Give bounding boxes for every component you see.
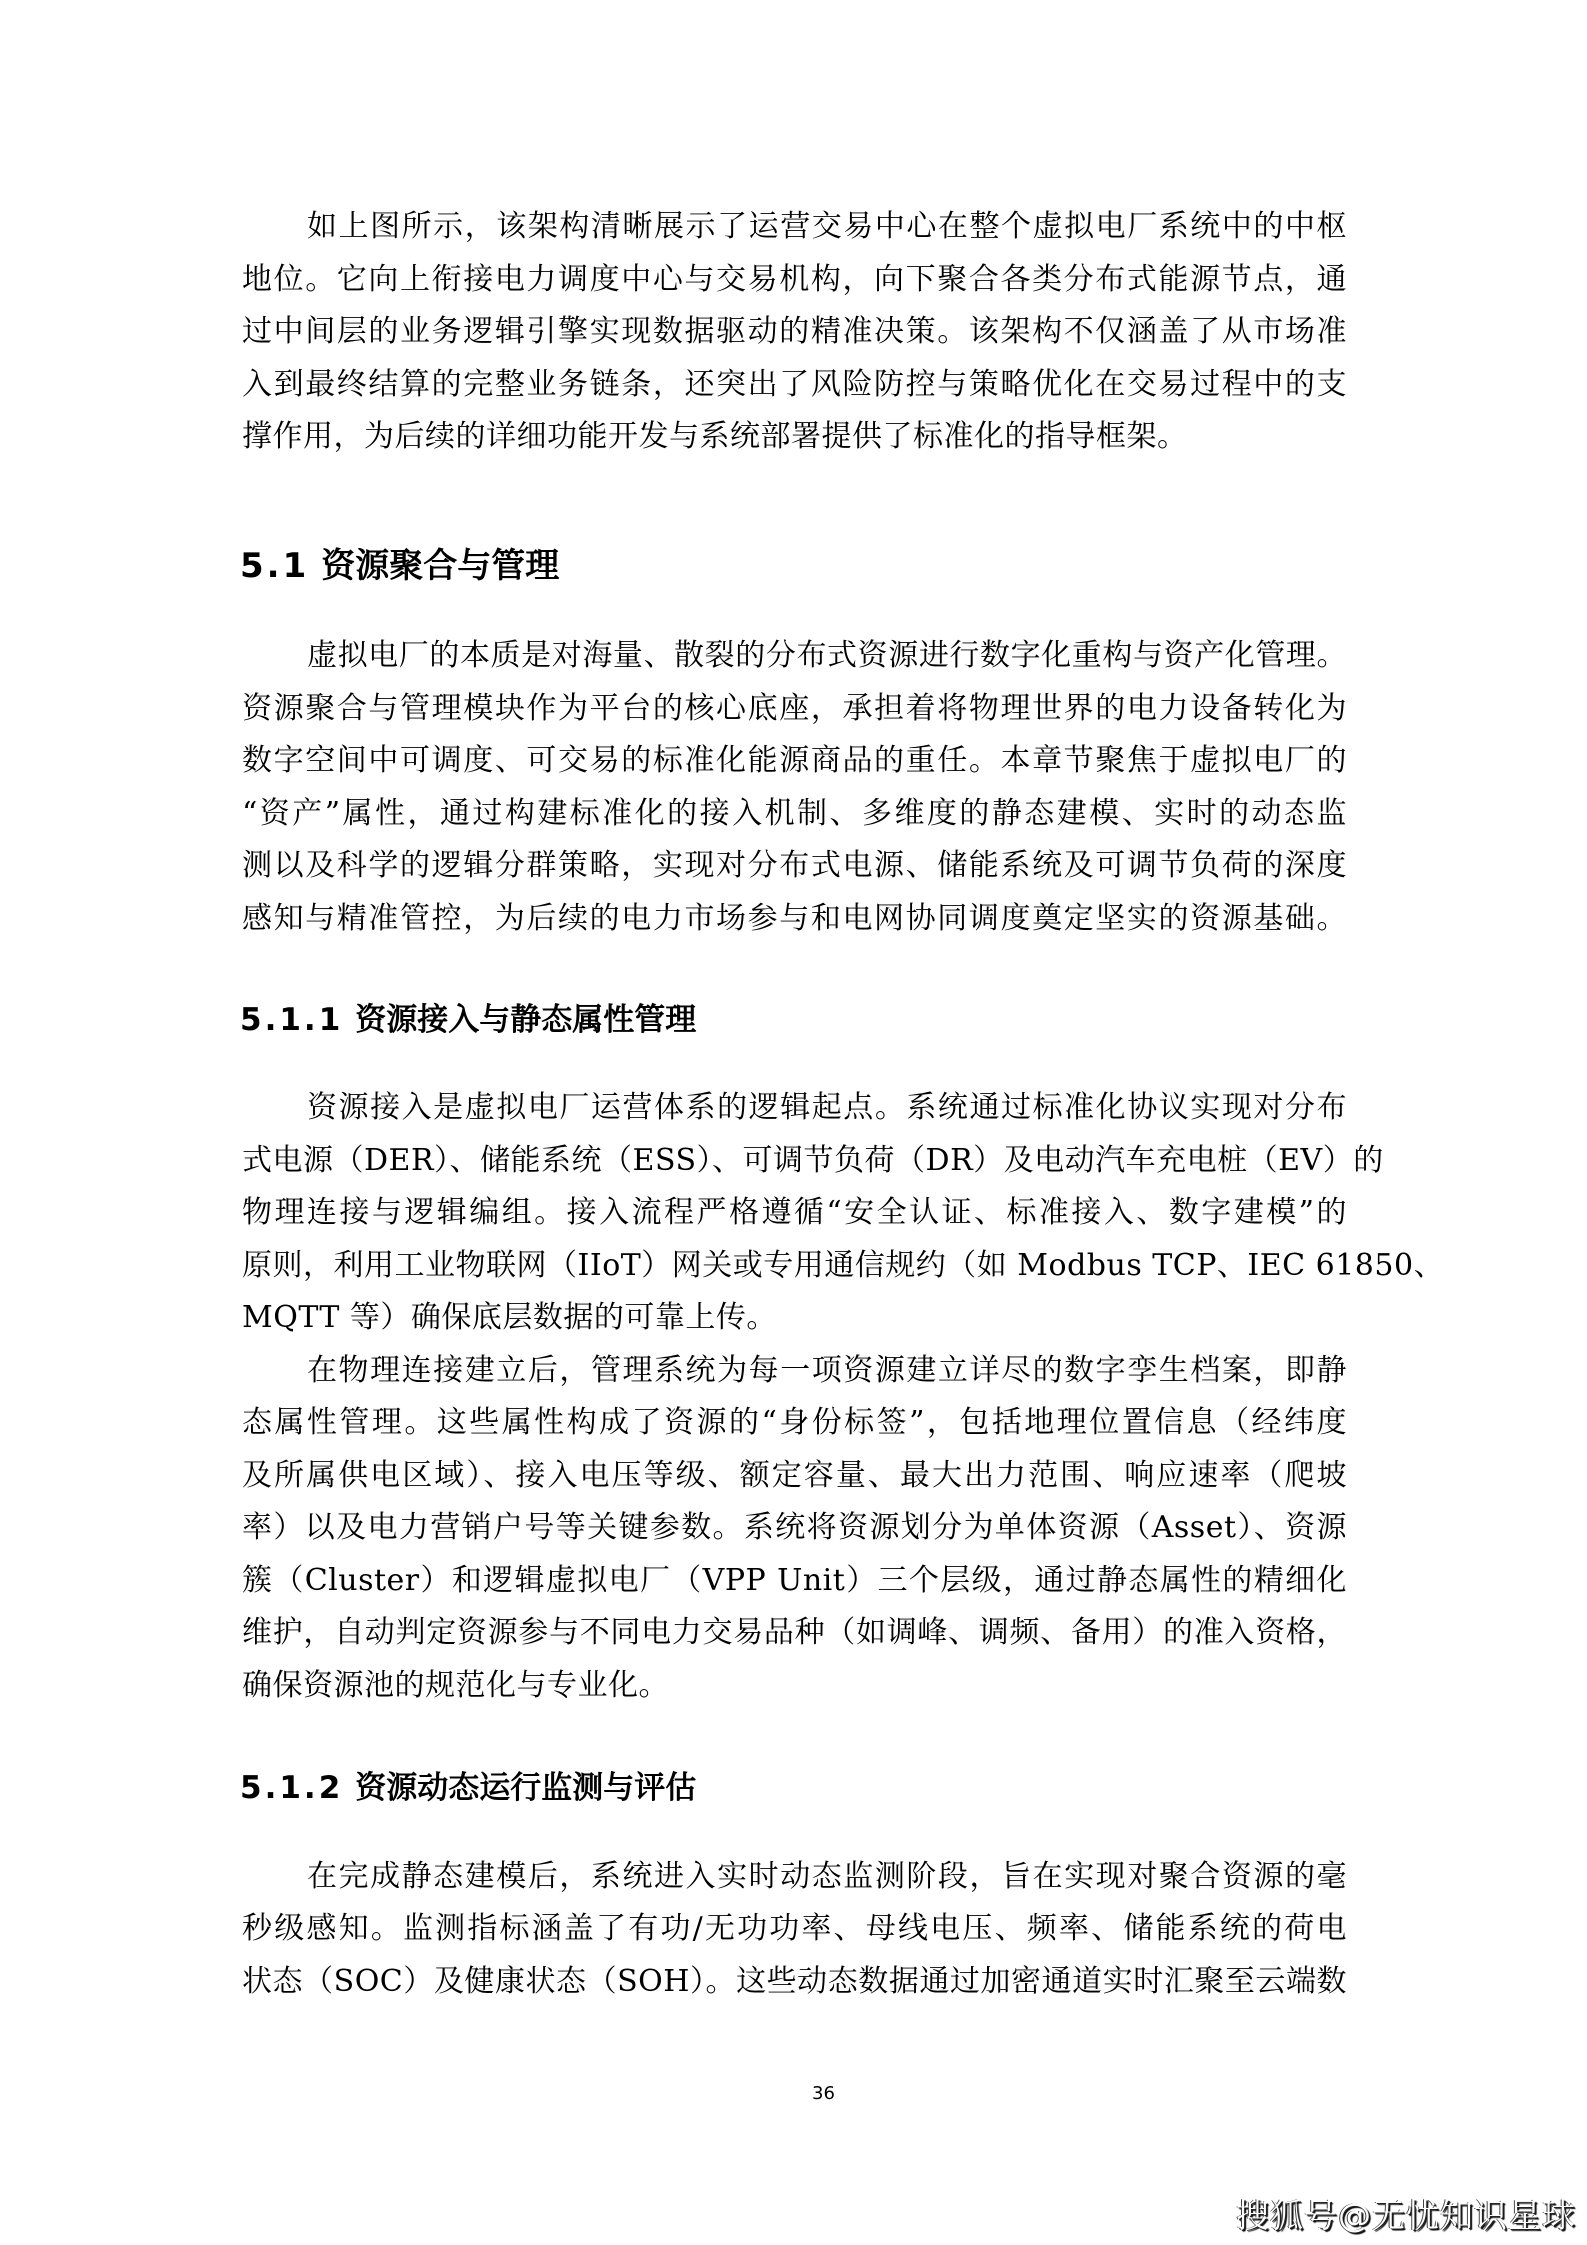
- paragraph-line: 式电源（DER）、储能系统（ESS）、可调节负荷（DR）及电动汽车充电桩（EV）…: [242, 1135, 1347, 1187]
- paragraph-line: 态属性管理。这些属性构成了资源的“身份标签”，包括地理位置信息（经纬度: [242, 1397, 1347, 1449]
- section-heading-5-1-2: 5.1.2资源动态运行监测与评估: [240, 1765, 696, 1811]
- paragraph-line: 测以及科学的逻辑分群策略，实现对分布式电源、储能系统及可调节负荷的深度: [242, 840, 1347, 892]
- paragraph-line: 过中间层的业务逻辑引擎实现数据驱动的精准决策。该架构不仅涵盖了从市场准: [242, 306, 1347, 358]
- section-number: 5.1.2: [240, 1770, 343, 1806]
- paragraph-line: 状态（SOC）及健康状态（SOH）。这些动态数据通过加密通道实时汇聚至云端数: [242, 1956, 1347, 2008]
- paragraph-line: “资产”属性，通过构建标准化的接入机制、多维度的静态建模、实时的动态监: [242, 788, 1347, 840]
- paragraph-line: 撑作用，为后续的详细功能开发与系统部署提供了标准化的指导框架。: [242, 411, 1347, 463]
- section-heading-5-1-1: 5.1.1资源接入与静态属性管理: [240, 997, 696, 1043]
- page-number: 36: [812, 2083, 835, 2104]
- paragraph-line: 如上图所示，该架构清晰展示了运营交易中心在整个虚拟电厂系统中的中枢: [242, 201, 1347, 253]
- section-number: 5.1: [240, 546, 309, 586]
- section-title: 资源聚合与管理: [321, 546, 559, 586]
- section-title: 资源接入与静态属性管理: [355, 1002, 696, 1038]
- paragraph-line: 入到最终结算的完整业务链条，还突出了风险防控与策略优化在交易过程中的支: [242, 359, 1347, 411]
- paragraph-line: 在物理连接建立后，管理系统为每一项资源建立详尽的数字孪生档案，即静: [242, 1345, 1347, 1397]
- paragraph-line: 感知与精准管控，为后续的电力市场参与和电网协同调度奠定坚实的资源基础。: [242, 893, 1347, 945]
- section-number: 5.1.1: [240, 1002, 343, 1038]
- paragraph-line: 秒级感知。监测指标涵盖了有功/无功功率、母线电压、频率、储能系统的荷电: [242, 1903, 1347, 1955]
- section-title: 资源动态运行监测与评估: [355, 1770, 696, 1806]
- paragraph-line: 确保资源池的规范化与专业化。: [242, 1660, 1347, 1712]
- document-page: 如上图所示，该架构清晰展示了运营交易中心在整个虚拟电厂系统中的中枢 地位。它向上…: [0, 0, 1587, 2245]
- paragraph-line: MQTT 等）确保底层数据的可靠上传。: [242, 1292, 1347, 1344]
- paragraph-line: 虚拟电厂的本质是对海量、散裂的分布式资源进行数字化重构与资产化管理。: [242, 630, 1347, 682]
- paragraph-line: 数字空间中可调度、可交易的标准化能源商品的重任。本章节聚焦于虚拟电厂的: [242, 735, 1347, 787]
- paragraph-line: 及所属供电区域）、接入电压等级、额定容量、最大出力范围、响应速率（爬坡: [242, 1450, 1347, 1502]
- paragraph-line: 维护，自动判定资源参与不同电力交易品种（如调峰、调频、备用）的准入资格，: [242, 1607, 1347, 1659]
- paragraph-line: 资源接入是虚拟电厂运营体系的逻辑起点。系统通过标准化协议实现对分布: [242, 1082, 1347, 1134]
- paragraph-line: 原则，利用工业物联网（IIoT）网关或专用通信规约（如 Modbus TCP、I…: [242, 1240, 1347, 1292]
- paragraph-line: 地位。它向上衔接电力调度中心与交易机构，向下聚合各类分布式能源节点，通: [242, 254, 1347, 306]
- paragraph-line: 簇（Cluster）和逻辑虚拟电厂（VPP Unit）三个层级，通过静态属性的精…: [242, 1555, 1347, 1607]
- paragraph-line: 资源聚合与管理模块作为平台的核心底座，承担着将物理世界的电力设备转化为: [242, 683, 1347, 735]
- paragraph-line: 率）以及电力营销户号等关键参数。系统将资源划分为单体资源（Asset）、资源: [242, 1502, 1347, 1554]
- watermark: 搜狐号@无忧知识星球: [1236, 2190, 1576, 2237]
- paragraph-line: 物理连接与逻辑编组。接入流程严格遵循“安全认证、标准接入、数字建模”的: [242, 1187, 1347, 1239]
- paragraph-line: 在完成静态建模后，系统进入实时动态监测阶段，旨在实现对聚合资源的毫: [242, 1851, 1347, 1903]
- section-heading-5-1: 5.1资源聚合与管理: [240, 541, 559, 591]
